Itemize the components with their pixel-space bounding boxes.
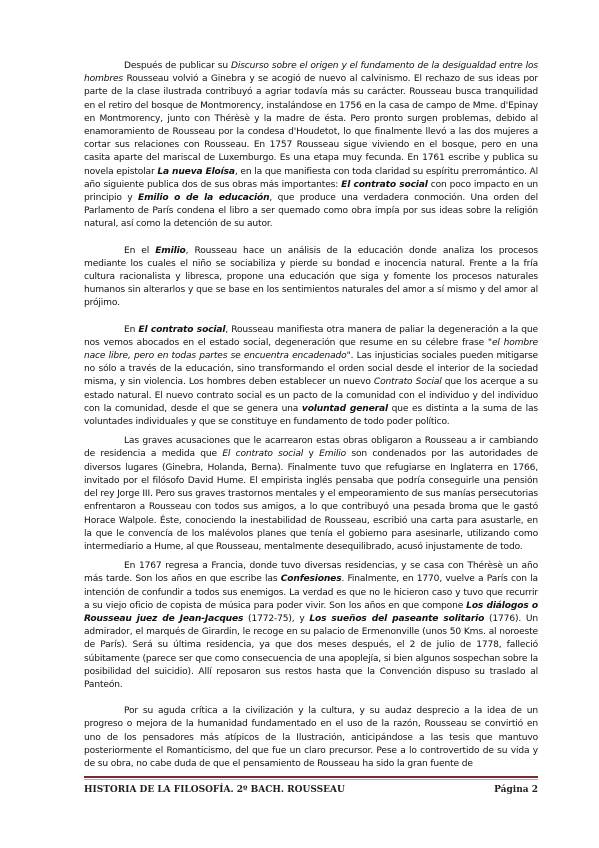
text-run: Por su aguda crítica a la civilización y…	[84, 706, 538, 769]
emphasized-text: El contrato social	[341, 180, 428, 190]
emphasized-text: voluntad general	[302, 404, 388, 414]
emphasized-text: La nueva Eloísa	[157, 167, 235, 177]
emphasized-text: Emilio o de la educación	[138, 193, 269, 203]
emphasized-text: Contrato Social	[374, 377, 442, 387]
emphasized-text: Emilio	[319, 449, 346, 459]
document-body: Después de publicar su Discurso sobre el…	[84, 60, 538, 771]
paragraph-2: En el Emilio, Rousseau hace un análisis …	[84, 245, 538, 311]
paragraph-5: En 1767 regresa a Francia, donde tuvo di…	[84, 560, 538, 692]
page-number: Página 2	[494, 785, 538, 795]
emphasized-text: Confesiones	[281, 574, 342, 584]
text-run: Después de publicar su	[124, 61, 231, 71]
footer-title: HISTORIA DE LA FILOSOFÍA. 2º BACH. ROUSS…	[84, 785, 345, 795]
paragraph-4: Las graves acusaciones que le acarrearon…	[84, 435, 538, 554]
emphasized-text: Los sueños del paseante solitario	[309, 614, 484, 624]
text-run: (1776). Un admirador, el marqués de Gira…	[84, 614, 538, 690]
text-run: y	[303, 449, 319, 459]
text-run: (1772-75), y	[243, 614, 309, 624]
emphasized-text: El contrato social	[138, 325, 225, 335]
emphasized-text: El contrato social	[222, 449, 303, 459]
footer-rule	[84, 776, 538, 778]
paragraph-3: En El contrato social, Rousseau manifies…	[84, 324, 538, 430]
footer-rule-shadow	[84, 779, 538, 780]
text-run: Rousseau volvió a Ginebra y se acogió de…	[84, 74, 538, 176]
emphasized-text: Emilio	[155, 246, 185, 256]
paragraph-1: Después de publicar su Discurso sobre el…	[84, 60, 538, 232]
page-footer: HISTORIA DE LA FILOSOFÍA. 2º BACH. ROUSS…	[84, 785, 538, 795]
text-run: En el	[124, 246, 155, 256]
text-run: son condenados por las autoridades de di…	[84, 449, 538, 551]
text-run: En	[124, 325, 138, 335]
paragraph-6: Por su aguda crítica a la civilización y…	[84, 705, 538, 771]
